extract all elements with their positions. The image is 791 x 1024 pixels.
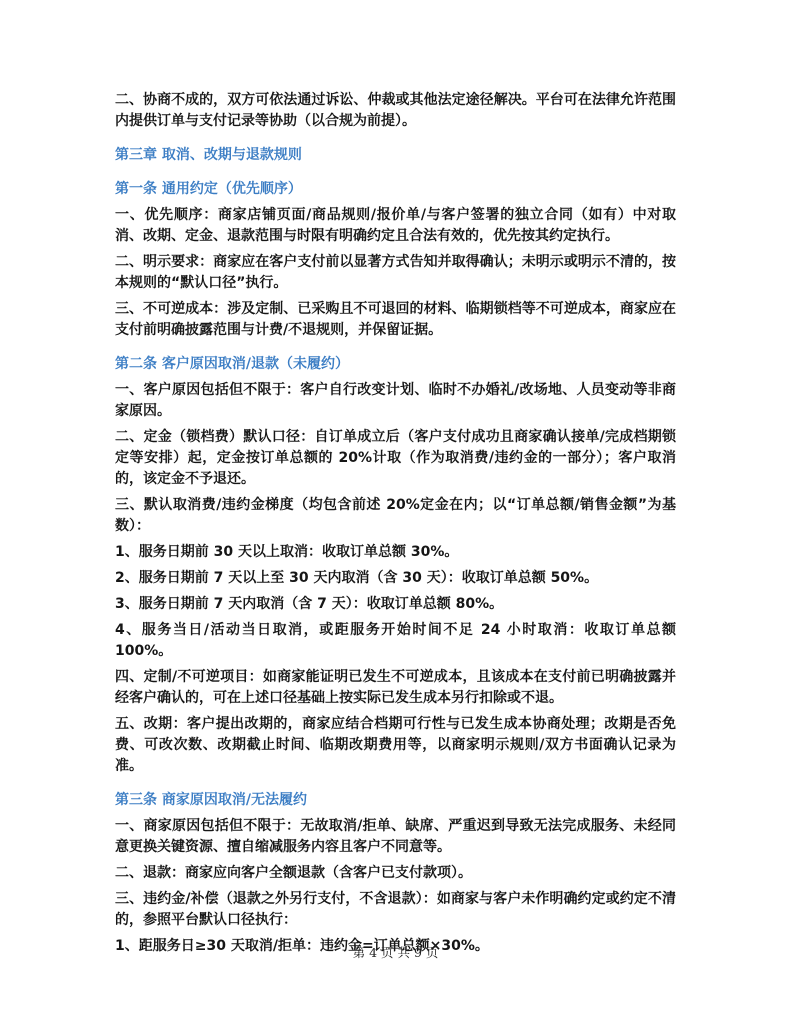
section-heading: 第二条 客户原因取消/退款（未履约） <box>115 354 676 375</box>
page-number-label: 第 4 页 共 9 页 <box>353 945 439 960</box>
section-heading: 第三条 商家原因取消/无法履约 <box>115 790 676 811</box>
paragraph: 三、默认取消费/违约金梯度（均包含前述 20%定金在内；以“订单总额/销售金额”… <box>115 495 676 537</box>
paragraph: 三、违约金/补偿（退款之外另行支付，不含退款）：如商家与客户未作明确约定或约定不… <box>115 889 676 931</box>
paragraph: 1、服务日期前 30 天以上取消：收取订单总额 30%。 <box>115 542 676 563</box>
document-content: 二、协商不成的，双方可依法通过诉讼、仲裁或其他法定途径解决。平台可在法律允许范围… <box>115 90 676 962</box>
chapter-heading: 第三章 取消、改期与退款规则 <box>115 145 676 166</box>
document-page: 二、协商不成的，双方可依法通过诉讼、仲裁或其他法定途径解决。平台可在法律允许范围… <box>0 0 791 1024</box>
paragraph: 一、商家原因包括但不限于：无故取消/拒单、缺席、严重迟到导致无法完成服务、未经同… <box>115 816 676 858</box>
paragraph: 三、不可逆成本：涉及定制、已采购且不可退回的材料、临期锁档等不可逆成本，商家应在… <box>115 299 676 341</box>
paragraph: 二、明示要求：商家应在客户支付前以显著方式告知并取得确认；未明示或明示不清的，按… <box>115 252 676 294</box>
paragraph: 四、定制/不可逆项目：如商家能证明已发生不可逆成本，且该成本在支付前已明确披露并… <box>115 667 676 709</box>
paragraph: 二、退款：商家应向客户全额退款（含客户已支付款项）。 <box>115 863 676 884</box>
paragraph: 4、服务当日/活动当日取消，或距服务开始时间不足 24 小时取消：收取订单总额 … <box>115 620 676 662</box>
paragraph: 五、改期：客户提出改期的，商家应结合档期可行性与已发生成本协商处理；改期是否免费… <box>115 714 676 777</box>
page-footer: 第 4 页 共 9 页 <box>0 944 791 962</box>
paragraph: 2、服务日期前 7 天以上至 30 天内取消（含 30 天）：收取订单总额 50… <box>115 568 676 589</box>
section-heading: 第一条 通用约定（优先顺序） <box>115 179 676 200</box>
paragraph: 二、协商不成的，双方可依法通过诉讼、仲裁或其他法定途径解决。平台可在法律允许范围… <box>115 90 676 132</box>
paragraph: 一、优先顺序：商家店铺页面/商品规则/报价单/与客户签署的独立合同（如有）中对取… <box>115 205 676 247</box>
paragraph: 3、服务日期前 7 天内取消（含 7 天）：收取订单总额 80%。 <box>115 594 676 615</box>
paragraph: 二、定金（锁档费）默认口径：自订单成立后（客户支付成功且商家确认接单/完成档期锁… <box>115 427 676 490</box>
paragraph: 一、客户原因包括但不限于：客户自行改变计划、临时不办婚礼/改场地、人员变动等非商… <box>115 380 676 422</box>
